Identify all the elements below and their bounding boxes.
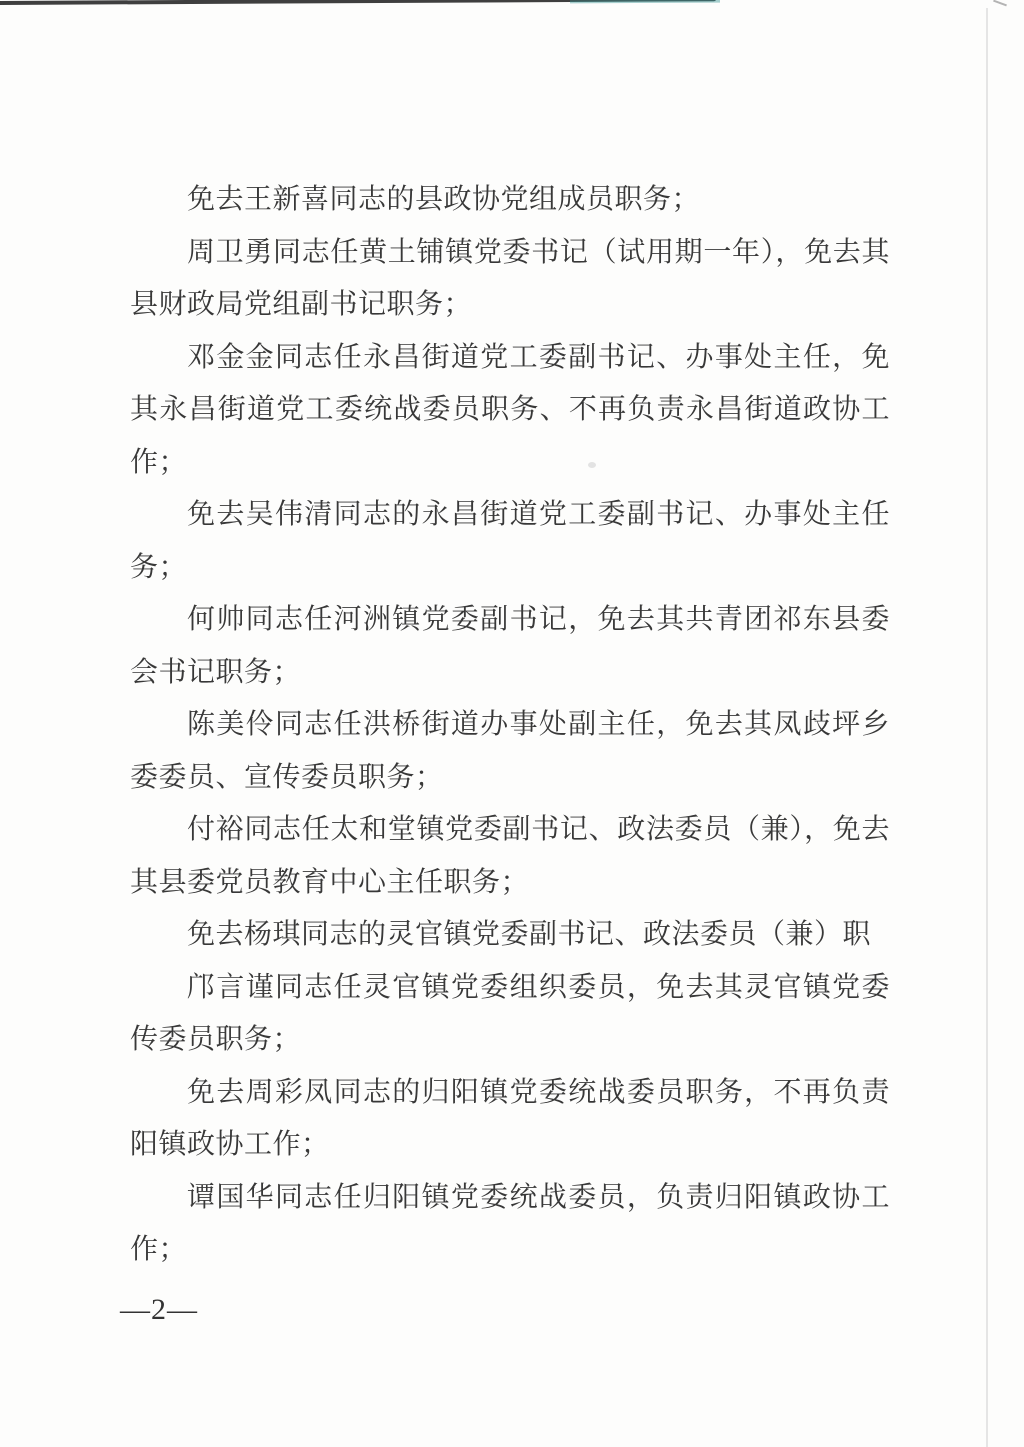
paragraph: 邝言谨同志任灵官镇党委组织委员，免去其灵官镇党委宣 传委员职务；	[130, 962, 890, 1067]
text-line: 免去周彩凤同志的归阳镇党委统战委员职务，不再负责归	[130, 1067, 890, 1120]
paragraph: 免去周彩凤同志的归阳镇党委统战委员职务，不再负责归 阳镇政协工作；	[130, 1067, 890, 1172]
text-line: 作；	[130, 1224, 890, 1277]
text-line: 陈美伶同志任洪桥街道办事处副主任，免去其凤歧坪乡党	[130, 699, 890, 752]
text-line: 邓金金同志任永昌街道党工委副书记、办事处主任，免去	[130, 332, 890, 385]
text-line: 传委员职务；	[130, 1014, 890, 1067]
text-line: 谭国华同志任归阳镇党委统战委员，负责归阳镇政协工	[130, 1172, 890, 1225]
text-line: 委委员、宣传委员职务；	[130, 752, 890, 805]
paragraph: 免去吴伟清同志的永昌街道党工委副书记、办事处主任职 务；	[130, 489, 890, 594]
text-line: 付裕同志任太和堂镇党委副书记、政法委员（兼），免去	[130, 804, 890, 857]
text-line: 免去王新喜同志的县政协党组成员职务；	[130, 174, 890, 227]
text-line: 周卫勇同志任黄土铺镇党委书记（试用期一年），免去其	[130, 227, 890, 280]
scan-artifact-right-paper-edge	[986, 8, 988, 1447]
text-line: 作；	[130, 437, 890, 490]
scan-artifact-top-tint	[570, 0, 720, 3]
text-line: 其永昌街道党工委统战委员职务、不再负责永昌街道政协工	[130, 384, 890, 437]
page-number: —2—	[120, 1293, 198, 1327]
text-line: 免去杨琪同志的灵官镇党委副书记、政法委员（兼）职务；	[130, 909, 890, 962]
scanned-document-page: 免去王新喜同志的县政协党组成员职务； 周卫勇同志任黄土铺镇党委书记（试用期一年）…	[0, 0, 1024, 1447]
text-line: 其县委党员教育中心主任职务；	[130, 857, 890, 910]
document-body: 免去王新喜同志的县政协党组成员职务； 周卫勇同志任黄土铺镇党委书记（试用期一年）…	[130, 174, 890, 1277]
paragraph: 谭国华同志任归阳镇党委统战委员，负责归阳镇政协工 作；	[130, 1172, 890, 1277]
paragraph: 付裕同志任太和堂镇党委副书记、政法委员（兼），免去 其县委党员教育中心主任职务；	[130, 804, 890, 909]
text-line: 何帅同志任河洲镇党委副书记，免去其共青团祁东县委员	[130, 594, 890, 647]
text-line: 务；	[130, 542, 890, 595]
paragraph: 陈美伶同志任洪桥街道办事处副主任，免去其凤歧坪乡党 委委员、宣传委员职务；	[130, 699, 890, 804]
paragraph: 免去杨琪同志的灵官镇党委副书记、政法委员（兼）职务；	[130, 909, 890, 962]
paragraph: 免去王新喜同志的县政协党组成员职务；	[130, 174, 890, 227]
text-line: 阳镇政协工作；	[130, 1119, 890, 1172]
paragraph: 邓金金同志任永昌街道党工委副书记、办事处主任，免去 其永昌街道党工委统战委员职务…	[130, 332, 890, 490]
paragraph: 周卫勇同志任黄土铺镇党委书记（试用期一年），免去其 县财政局党组副书记职务；	[130, 227, 890, 332]
text-line: 县财政局党组副书记职务；	[130, 279, 890, 332]
text-line: 会书记职务；	[130, 647, 890, 700]
text-line: 免去吴伟清同志的永昌街道党工委副书记、办事处主任职	[130, 489, 890, 542]
scan-artifact-corner-tick	[993, 0, 1007, 6]
text-line: 邝言谨同志任灵官镇党委组织委员，免去其灵官镇党委宣	[130, 962, 890, 1015]
paragraph: 何帅同志任河洲镇党委副书记，免去其共青团祁东县委员 会书记职务；	[130, 594, 890, 699]
